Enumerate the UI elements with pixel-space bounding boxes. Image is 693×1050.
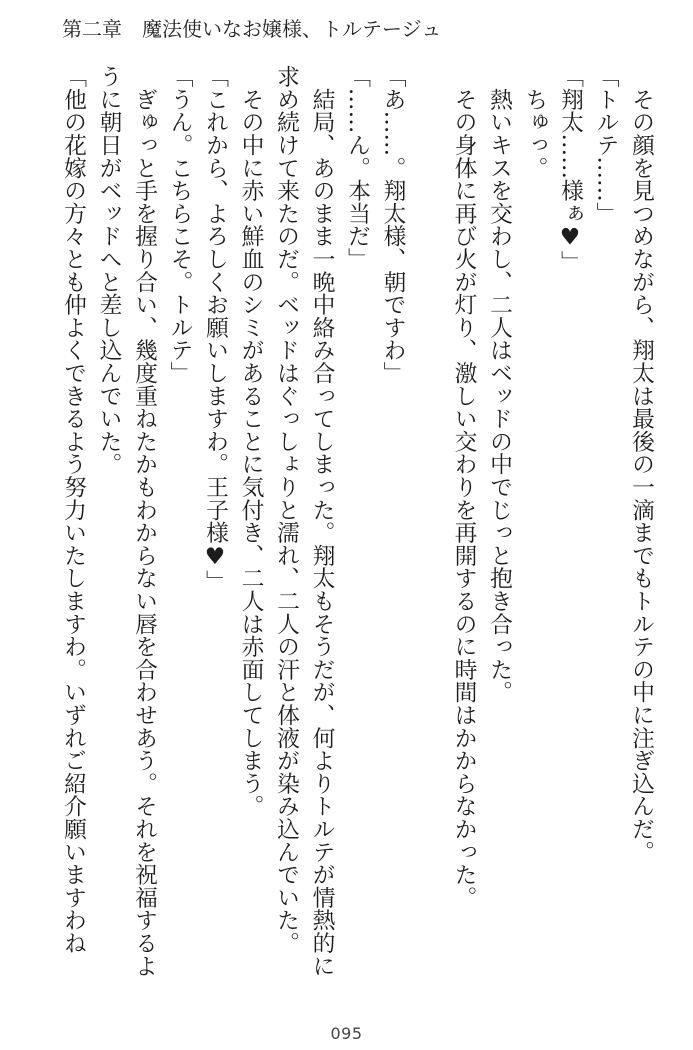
dialogue-line: 「翔太……様ぁ♥」 <box>552 65 588 990</box>
vertical-body-text: その顔を見つめながら、翔太は最後の一滴までもトルテの中に注ぎ込んだ。 「トルテ…… <box>55 65 659 990</box>
chapter-title-header: 第二章 魔法使いなお嬢様、トルテージュ <box>62 16 441 42</box>
text-line: その中に赤い鮮血のシミがあることに気付き、二人は赤面してしまう。 <box>232 65 268 990</box>
dialogue-line: 「他の花嫁の方々とも仲よくできるよう努力いたしますわ。いずれご紹介願いますわね <box>55 65 91 990</box>
page-number: 095 <box>0 1024 693 1044</box>
text-line: その身体に再び火が灯り、激しい交わりを再開するのに時間はかからなかった。 <box>445 65 481 990</box>
text-line: ちゅっ。 <box>516 65 552 990</box>
dialogue-line: 「トルテ……」 <box>587 65 623 990</box>
book-page: 第二章 魔法使いなお嬢様、トルテージュ その顔を見つめながら、翔太は最後の一滴ま… <box>0 0 693 1050</box>
blank-line <box>410 65 446 990</box>
dialogue-line: 「これから、よろしくお願いしますわ。王子様♥」 <box>197 65 233 990</box>
text-line: ぎゅっと手を握り合い、幾度重ねたかもわからない唇を合わせあう。それを祝福するよ <box>126 65 162 990</box>
text-line: その顔を見つめながら、翔太は最後の一滴までもトルテの中に注ぎ込んだ。 <box>623 65 659 990</box>
text-line: 熱いキスを交わし、二人はベッドの中でじっと抱き合った。 <box>481 65 517 990</box>
dialogue-line: 「うん。こちらこそ。トルテ」 <box>161 65 197 990</box>
text-line: 求め続けて来たのだ。ベッドはぐっしょりと濡れ、二人の汗と体液が染み込んでいた。 <box>268 65 304 990</box>
text-line: うに朝日がベッドへと差し込んでいた。 <box>90 65 126 990</box>
dialogue-line: 「……ん。本当だ」 <box>339 65 375 990</box>
dialogue-line: 「あ……。翔太様、朝ですわ」 <box>374 65 410 990</box>
text-line: 結局、あのまま一晩中絡み合ってしまった。翔太もそうだが、何よりトルテが情熱的に <box>303 65 339 990</box>
